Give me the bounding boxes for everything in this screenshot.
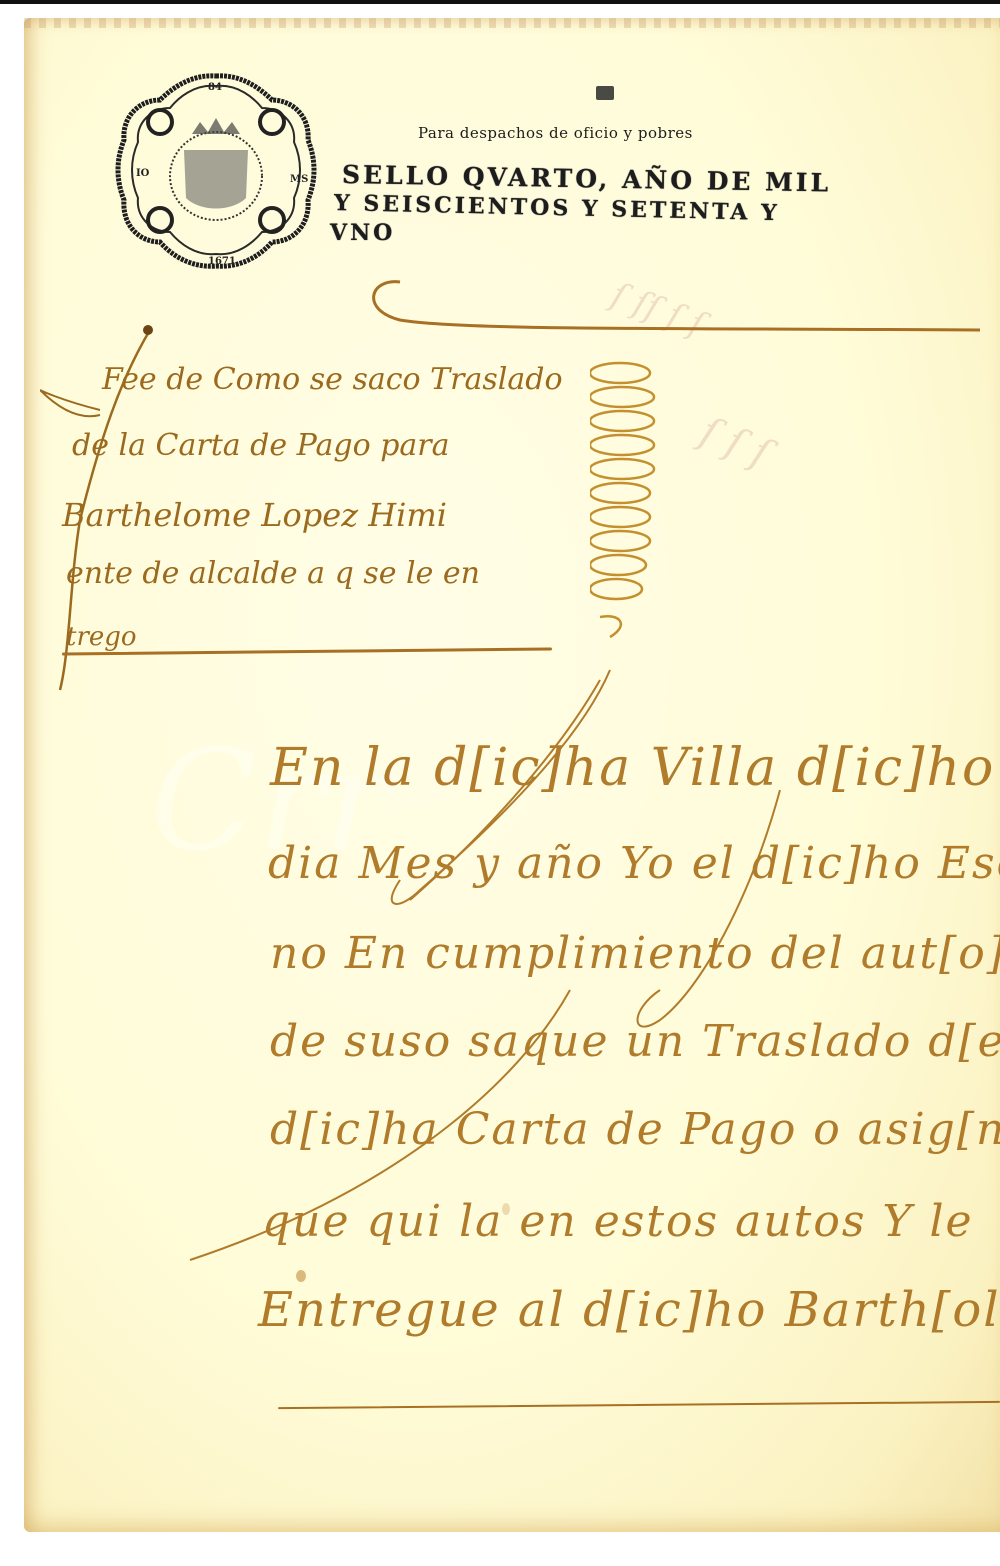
margin-note-line-5: trego bbox=[66, 622, 137, 652]
body-line-5: d[ic]ha Carta de Pago o asig[nacion] bbox=[270, 1104, 1000, 1155]
seal-number-right: MS bbox=[290, 174, 308, 185]
cross-mark-icon bbox=[596, 86, 614, 100]
ink-stain bbox=[296, 1270, 306, 1282]
margin-note-line-2: de la Carta de Pago para bbox=[72, 428, 450, 463]
body-line-2: dia Mes y año Yo el d[ic]ho Escri bbox=[268, 838, 1000, 889]
seal-number-top: 84 bbox=[208, 82, 222, 93]
stamp-subtitle: Para despachos de oficio y pobres bbox=[418, 124, 693, 142]
body-line-3: no En cumplimiento del aut[o] bbox=[270, 928, 1000, 979]
scan-top-border bbox=[0, 0, 1000, 4]
ink-stain bbox=[502, 1203, 510, 1215]
body-line-4: de suso saque un Traslado d[e] bbox=[270, 1016, 1000, 1067]
body-line-1: En la d[ic]ha Villa d[ic]ho bbox=[270, 738, 995, 798]
seal-year: 1671 bbox=[208, 256, 236, 267]
stamp-title-line-3: VNO bbox=[330, 220, 395, 246]
header-flourish bbox=[340, 270, 1000, 340]
spiral-flourish bbox=[590, 355, 660, 645]
body-line-7: Entregue al d[ic]ho Barth[olome] bbox=[258, 1282, 1000, 1338]
margin-note-line-1: Fee de Como se saco Traslado bbox=[102, 362, 563, 397]
royal-seal-stamp: 84 IO MS 1671 bbox=[112, 70, 320, 270]
seal-number-left: IO bbox=[136, 168, 149, 179]
margin-note-line-3: Barthelome Lopez Himi bbox=[62, 496, 447, 534]
margin-note-line-4: ente de alcalde a q se le en bbox=[66, 556, 480, 591]
body-line-6: que qui la en estos autos Y le bbox=[262, 1196, 974, 1247]
